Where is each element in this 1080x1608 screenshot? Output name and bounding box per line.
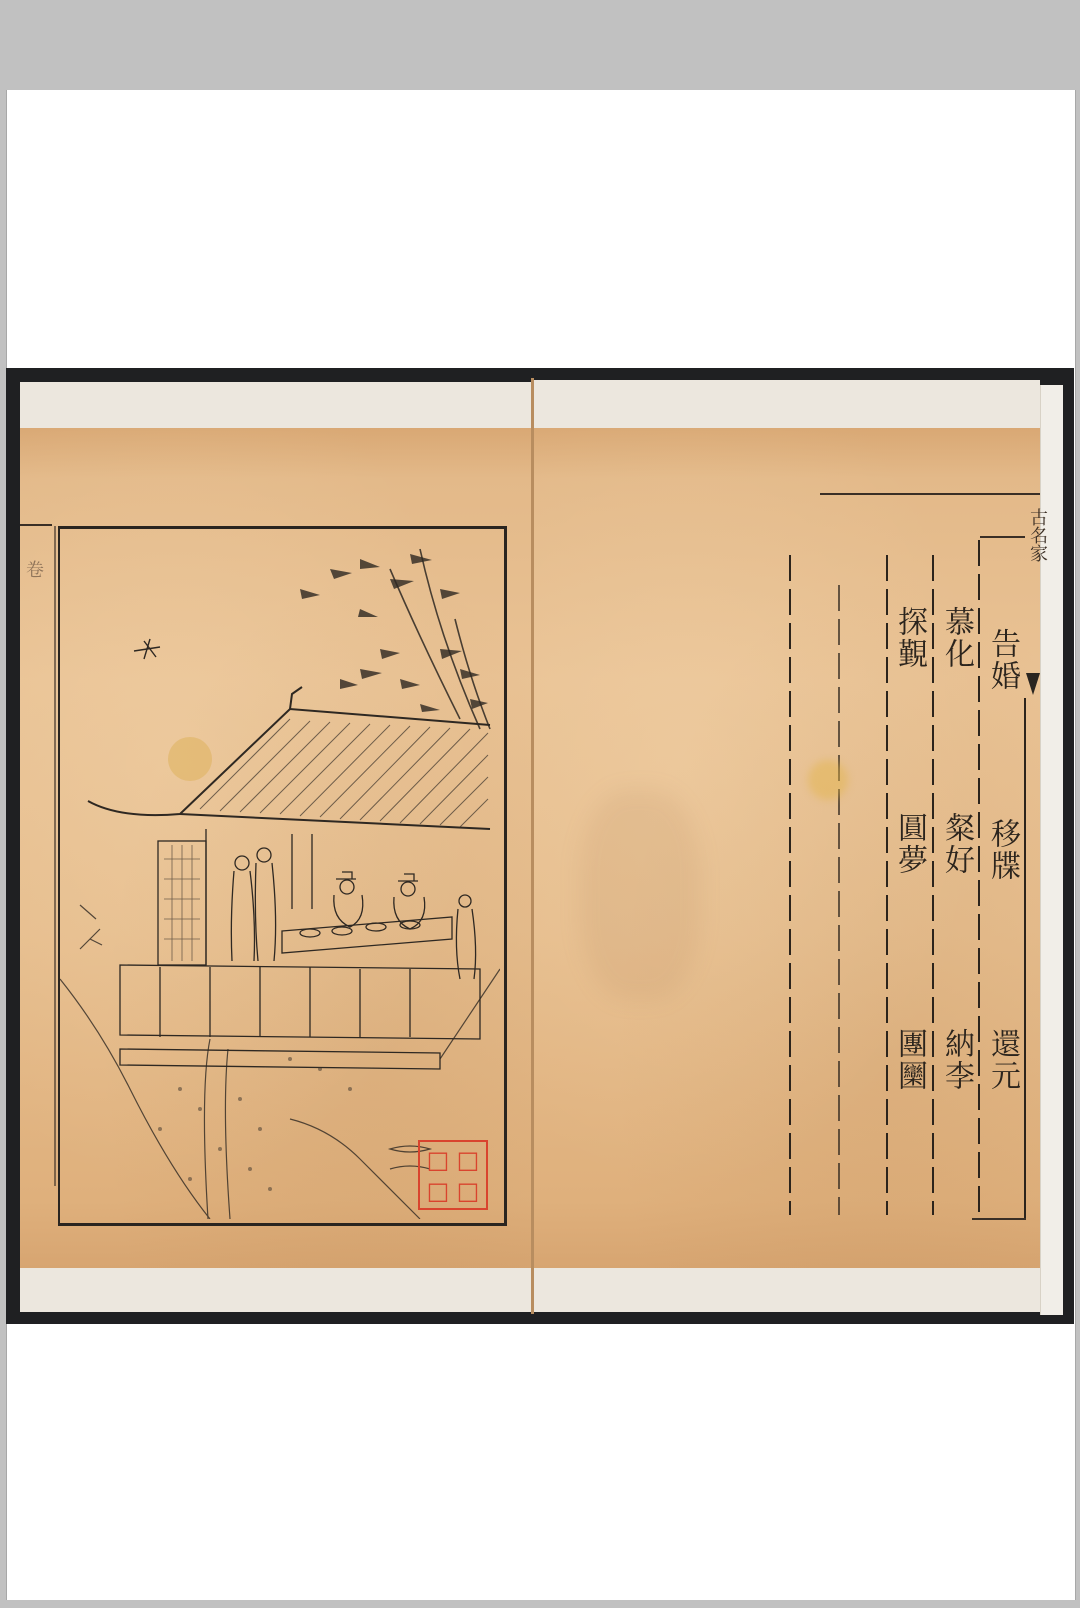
dragonfly-icon	[134, 639, 160, 659]
col-rule-6	[1024, 698, 1026, 1218]
top-margin-right	[534, 380, 1040, 428]
paper-stain	[808, 760, 848, 800]
page-edge-title: 古名家	[1028, 508, 1046, 562]
col-rule-2	[838, 585, 840, 1215]
figures-icon	[231, 848, 475, 979]
left-edge-text: 卷	[20, 560, 46, 578]
bottom-margin-right	[534, 1266, 1040, 1312]
left-top-rule	[20, 524, 52, 526]
toc-entry: 探覲	[893, 606, 925, 670]
toc-entry: 圓夢	[893, 812, 925, 876]
bottom-margin-left	[20, 1266, 531, 1312]
toc-entry: 慕化	[940, 606, 972, 670]
toc-entry: 移牒	[986, 818, 1018, 882]
toc-entry: 團圞	[893, 1028, 925, 1092]
banquet-table-icon	[282, 917, 452, 953]
top-margin-left	[20, 382, 531, 428]
stain-icon	[168, 737, 212, 781]
toc-entry: 納李	[940, 1028, 972, 1092]
col-rule-3	[886, 555, 888, 1215]
col-rule-1	[789, 555, 791, 1215]
fishtail-mark-icon	[1026, 673, 1040, 695]
collector-seal: □ □ □ □	[418, 1140, 488, 1210]
seal-glyph: □	[454, 1177, 482, 1206]
col-rule-4	[932, 555, 934, 1215]
seal-glyph: □	[454, 1146, 482, 1175]
toc-entry: 告婚	[986, 628, 1018, 692]
book-gutter	[531, 378, 534, 1314]
inner-top-rule	[980, 536, 1025, 538]
col-rule-5	[978, 540, 980, 1215]
illustration-frame	[58, 526, 507, 1226]
seal-glyph: □	[424, 1146, 452, 1175]
left-inner-vrule	[54, 526, 56, 1186]
illustration-scene	[60, 529, 500, 1219]
paper-stain	[580, 790, 700, 1000]
toc-entry: 粲好	[940, 812, 972, 876]
toc-entry: 還元	[986, 1028, 1018, 1092]
right-top-rule	[820, 493, 1040, 495]
seal-glyph: □	[424, 1177, 452, 1206]
pavilion-icon	[120, 829, 480, 1069]
right-bottom-rule	[972, 1218, 1026, 1220]
